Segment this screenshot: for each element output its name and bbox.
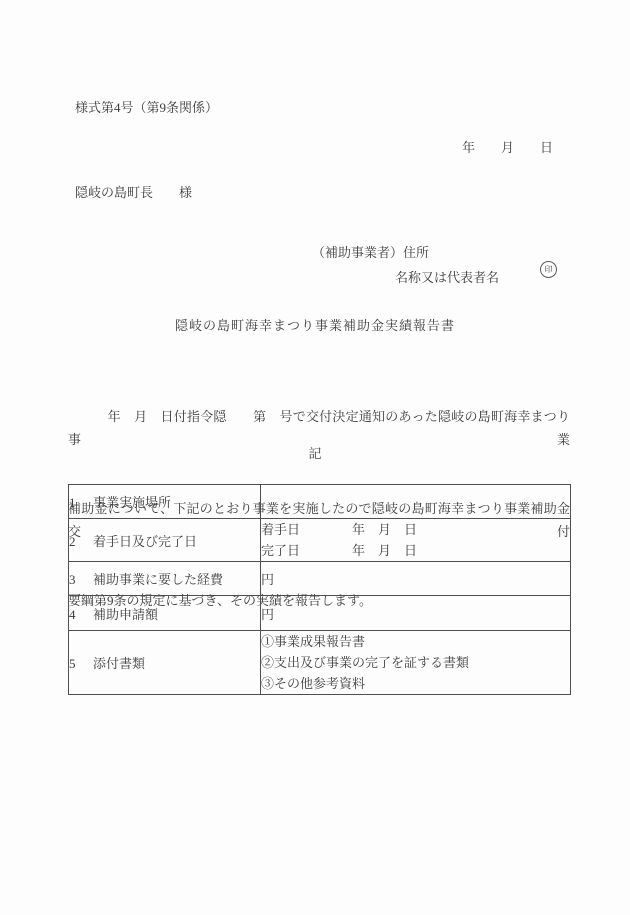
- row-4-yen-suffix: 円: [261, 607, 274, 622]
- document-page: 様式第4号（第9条関係） 年 月 日 隠岐の島町長 様 （補助事業者）住所 名称…: [0, 0, 630, 915]
- row-3-value-cell: 円: [261, 562, 571, 596]
- row-5-label: 添付書類: [93, 656, 145, 671]
- row-5-value-cell: ①事業成果報告書 ②支出及び事業の完了を証する書類 ③その他参考資料: [261, 631, 571, 695]
- issue-date-line: 年 月 日: [462, 137, 553, 156]
- table-row-1: 1事業実施場所: [69, 485, 571, 519]
- row-1-label-cell: 1事業実施場所: [69, 485, 261, 519]
- table-row-5: 5添付書類 ①事業成果報告書 ②支出及び事業の完了を証する書類 ③その他参考資料: [69, 631, 571, 695]
- row-2-value-cell: 着手日 年 月 日 完了日 年 月 日: [261, 519, 571, 562]
- applicant-prefix-label: （補助事業者）: [312, 245, 403, 260]
- seal-icon: 印: [540, 261, 557, 278]
- addressee-line: 隠岐の島町長 様: [75, 182, 192, 201]
- row-3-number: 3: [69, 572, 93, 588]
- start-date-line: 着手日 年 月 日: [261, 519, 570, 540]
- row-1-value-cell: [261, 485, 571, 519]
- row-2-number: 2: [69, 534, 93, 550]
- table-row-4: 4補助申請額 円: [69, 596, 571, 631]
- row-1-label: 事業実施場所: [93, 495, 171, 510]
- attachment-item-1: ①事業成果報告書: [261, 631, 570, 652]
- row-2-label: 着手日及び完了日: [93, 534, 197, 549]
- row-3-label-cell: 3補助事業に要した経費: [69, 562, 261, 596]
- attachment-item-2: ②支出及び事業の完了を証する書類: [261, 652, 570, 673]
- row-4-label-cell: 4補助申請額: [69, 596, 261, 631]
- row-4-number: 4: [69, 607, 93, 623]
- attachment-item-3: ③その他参考資料: [261, 673, 570, 694]
- row-2-label-cell: 2着手日及び完了日: [69, 519, 261, 562]
- end-date-line: 完了日 年 月 日: [261, 540, 570, 561]
- applicant-name-label: 名称又は代表者名: [395, 267, 499, 286]
- form-number-label: 様式第4号（第9条関係）: [75, 97, 218, 116]
- row-4-label: 補助申請額: [93, 607, 158, 622]
- row-5-number: 5: [69, 656, 93, 672]
- row-5-label-cell: 5添付書類: [69, 631, 261, 695]
- row-3-yen-suffix: 円: [261, 572, 274, 587]
- row-3-label: 補助事業に要した経費: [93, 572, 223, 587]
- row-4-value-cell: 円: [261, 596, 571, 631]
- ki-marker: 記: [0, 443, 630, 462]
- table-row-3: 3補助事業に要した経費 円: [69, 562, 571, 596]
- page-title: 隠岐の島町海幸まつり事業補助金実績報告書: [0, 315, 630, 334]
- table-row-2: 2着手日及び完了日 着手日 年 月 日 完了日 年 月 日: [69, 519, 571, 562]
- applicant-address-label: 住所: [403, 245, 429, 260]
- report-table: 1事業実施場所 2着手日及び完了日 着手日 年 月 日 完了日 年 月 日 3補…: [68, 484, 571, 695]
- applicant-address-line: （補助事業者）住所: [312, 242, 429, 261]
- row-1-number: 1: [69, 495, 93, 511]
